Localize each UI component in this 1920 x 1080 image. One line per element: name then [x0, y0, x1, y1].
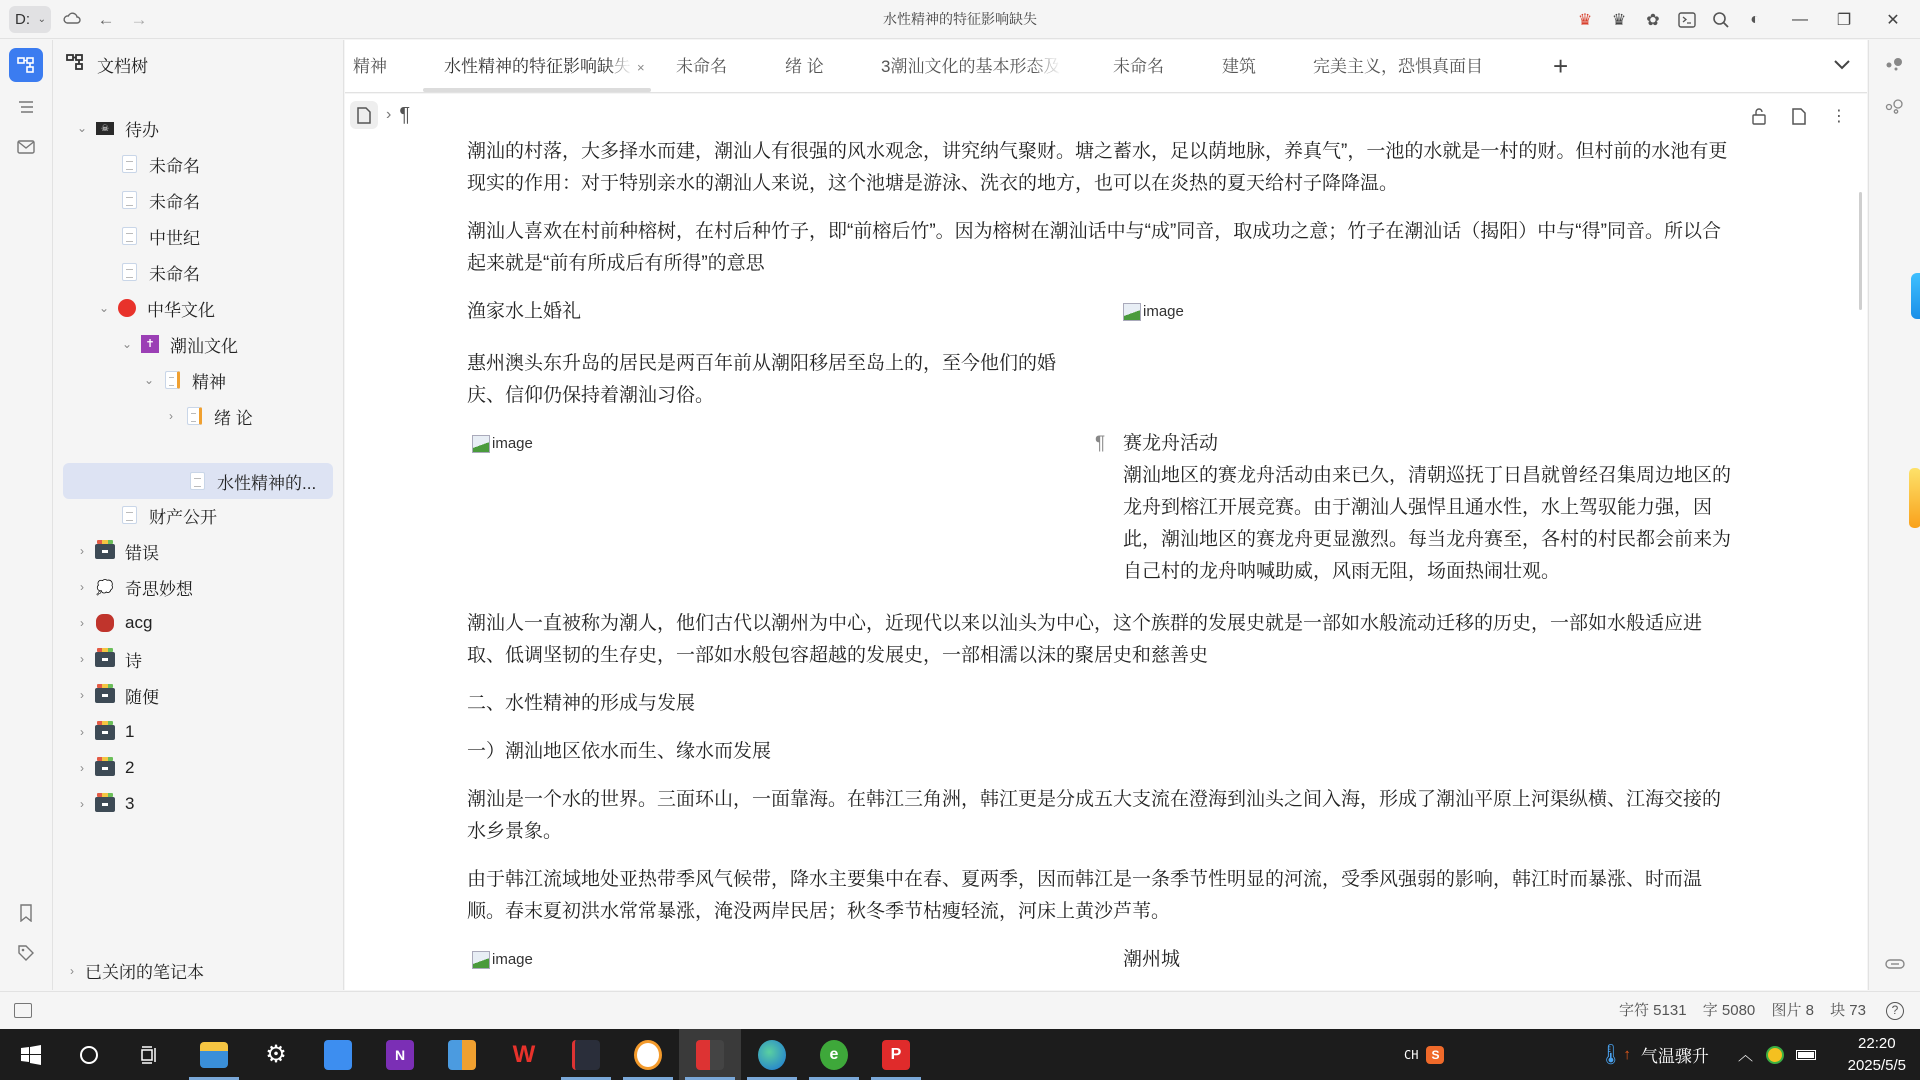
tree-item-doc-selected[interactable]: 水性精神的... [63, 463, 333, 499]
editor-scrollbar[interactable] [1859, 192, 1862, 310]
terminal-icon[interactable] [1670, 0, 1704, 39]
floating-widget-yellow[interactable] [1909, 468, 1920, 528]
file-explorer-icon[interactable] [183, 1029, 245, 1080]
ime-label: CH [1404, 1048, 1418, 1062]
image-alt-text: image [492, 428, 533, 460]
tree-item-notebook[interactable]: › 1 [63, 715, 333, 749]
app-mascot-icon[interactable] [617, 1029, 679, 1080]
tree-item-doc[interactable]: ⌄ ✝ 潮汕文化 [63, 327, 333, 361]
tree-item-label: 未命名 [149, 188, 200, 213]
card-file-box-icon [95, 758, 115, 778]
start-button[interactable] [0, 1029, 62, 1080]
tree-item-notebook[interactable]: › 💭 奇思妙想 [63, 570, 333, 604]
tree-item-label: 水性精神的... [217, 469, 316, 494]
tab-label: 3潮汕文化的基本形态及 [881, 40, 1060, 93]
tree-item-label: 诗 [125, 647, 142, 672]
crown-red-icon[interactable]: ♛ [1568, 0, 1602, 39]
weather-text: 气温骤升 [1641, 1042, 1709, 1067]
tab-label: 未命名 [1113, 57, 1164, 76]
inbox-icon[interactable] [9, 130, 43, 164]
tree-item-label: 随便 [125, 683, 159, 708]
document-icon [187, 471, 207, 491]
document-icon [119, 190, 139, 210]
editor: › ¶ ⋮ 潮汕的村落，大多择水而建，潮汕人有很强的风水观念，讲究纳气聚财。塘之… [345, 94, 1867, 990]
word-count: 字 5080 [1703, 1002, 1756, 1019]
help-icon[interactable]: ? [1886, 1002, 1904, 1020]
tree-item-doc[interactable]: ⌄ 中华文化 [63, 291, 333, 325]
file-tree-icon [66, 53, 88, 76]
add-tab-button[interactable]: + [1553, 40, 1568, 93]
chevron-right-icon[interactable]: › [63, 964, 81, 978]
heading-chaozhou-city[interactable]: 潮州城 [1123, 944, 1733, 976]
image-alt-text: image [1143, 296, 1184, 328]
card-file-box-icon [95, 685, 115, 705]
battery-icon[interactable] [1796, 1029, 1816, 1080]
netease-music-icon[interactable] [555, 1029, 617, 1080]
editor-toolbar: ⋮ [1739, 102, 1859, 130]
broken-image-icon [472, 435, 490, 453]
chevron-right-icon[interactable]: › [73, 580, 91, 594]
tree-item-label: 潮汕文化 [170, 332, 238, 357]
close-button[interactable]: ✕ [1866, 0, 1920, 39]
tab-spirit[interactable]: 精神 [353, 40, 387, 93]
pdf-reader-icon[interactable]: P [865, 1029, 927, 1080]
onenote-icon[interactable]: N [369, 1029, 431, 1080]
tree-item-notebook[interactable]: › 随便 [63, 678, 333, 712]
paragraph[interactable]: 潮汕人喜欢在村前种榕树，在村后种竹子，即“前榕后竹”。因为榕树在潮汕话中与“成”… [467, 216, 1735, 280]
tree-item-notebook[interactable]: › acg [63, 606, 333, 640]
card-file-box-icon [95, 541, 115, 561]
tree-item-doc[interactable]: 中世纪 [63, 219, 333, 253]
tray-app-icon[interactable] [1766, 1029, 1784, 1080]
closed-notebooks-label: 已关闭的笔记本 [85, 958, 204, 983]
chevron-right-icon[interactable]: › [73, 652, 91, 666]
minimize-button[interactable]: — [1778, 0, 1822, 39]
tab-perfectionism[interactable]: 完美主义，恐惧真面目 [1313, 40, 1483, 93]
tree-item-label: 精神 [192, 368, 226, 393]
thought-bubble-icon: 💭 [95, 577, 115, 597]
unlock-icon[interactable] [1739, 102, 1779, 130]
more-vertical-icon[interactable]: ⋮ [1819, 102, 1859, 130]
tray-overflow-icon[interactable]: ︿ [1738, 1029, 1753, 1080]
settings-icon[interactable]: ⚙ [245, 1029, 307, 1080]
global-graph-icon[interactable] [1883, 94, 1907, 118]
tree-item-notebook[interactable]: › 3 [63, 787, 333, 821]
plugin-icon[interactable]: ✿ [1636, 0, 1670, 39]
taskbar: ⚙ N W e P CHS 🌡↑气温骤升 ︿ 22:20 2025/5/5 [0, 1029, 1920, 1080]
file-tree-icon[interactable] [9, 48, 43, 82]
tab-label: 完美主义，恐惧真面目 [1313, 57, 1483, 76]
paragraph-icon[interactable]: ¶ [399, 104, 410, 127]
tree-item-doc[interactable]: 未命名 [63, 183, 333, 217]
tab-untitled[interactable]: 未命名 [1113, 40, 1164, 93]
rising-arrow-icon: ↑ [1623, 1046, 1631, 1063]
clock-date: 2025/5/5 [1848, 1055, 1906, 1077]
edge-browser-icon[interactable] [741, 1029, 803, 1080]
back-arrow-icon[interactable]: ← [94, 8, 118, 32]
chevron-right-icon[interactable]: › [73, 797, 91, 811]
feishu-icon[interactable] [307, 1029, 369, 1080]
chevron-down-icon[interactable]: ⌄ [140, 373, 158, 387]
tree-item-label: 中世纪 [149, 224, 200, 249]
heading-h2[interactable]: 二、水性精神的形成与发展 [467, 688, 1735, 720]
document-icon [119, 154, 139, 174]
card-file-box-icon [95, 794, 115, 814]
paragraph[interactable]: 由于韩江流域地处亚热带季风气候带，降水主要集中在春、夏两季，因而韩江是一条季节性… [467, 864, 1735, 928]
ogre-icon [95, 613, 115, 633]
forward-arrow-icon[interactable]: → [127, 8, 151, 32]
index-document-icon [162, 370, 182, 390]
tab-bar: 精神 水性精神的特征影响缺失× 未命名 绪 论 3潮汕文化的基本形态及 未命名 … [345, 40, 1867, 93]
document-icon[interactable] [350, 101, 378, 129]
char-count: 字符 5131 [1619, 1002, 1687, 1019]
tab-label: 精神 [353, 57, 387, 76]
breadcrumb: › ¶ [350, 99, 410, 131]
image-placeholder[interactable]: image [1123, 296, 1733, 328]
tree-item-notebook[interactable]: › 2 [63, 751, 333, 785]
ime-indicator[interactable]: CHS [1404, 1029, 1444, 1080]
siyuan-app-icon[interactable] [679, 1029, 741, 1080]
document-icon [119, 262, 139, 282]
pirate-flag-icon: ☠ [95, 118, 115, 138]
chevron-down-icon: ⌄ [38, 6, 46, 33]
left-dock [0, 40, 53, 990]
tab-architecture[interactable]: 建筑 [1222, 40, 1256, 93]
tree-item-label: 中华文化 [147, 296, 215, 321]
paragraph[interactable]: 惠州澳头东升岛的居民是两百年前从潮阳移居至岛上的，至今他们的婚庆、信仰仍保持着潮… [467, 348, 1087, 412]
tab-label: 绪 论 [785, 57, 824, 76]
outline-icon[interactable] [9, 90, 43, 124]
tree-item-doc[interactable]: 未命名 [63, 147, 333, 181]
chevron-down-icon[interactable]: ⌄ [95, 301, 113, 315]
graph-view-icon[interactable] [1883, 52, 1907, 76]
tree-item-notebook[interactable]: › 错误 [63, 534, 333, 568]
card-file-box-icon [95, 649, 115, 669]
tab-label: 未命名 [676, 57, 727, 76]
closed-notebooks[interactable]: › 已关闭的笔记本 [63, 958, 204, 983]
system-clock[interactable]: 22:20 2025/5/5 [1848, 1033, 1906, 1077]
chevron-right-icon[interactable]: › [73, 688, 91, 702]
dock-toggle-icon[interactable] [14, 1003, 32, 1018]
tab-untitled[interactable]: 未命名 [676, 40, 727, 93]
chevron-right-icon[interactable]: › [162, 409, 180, 423]
crown-icon[interactable]: ♛ [1602, 0, 1636, 39]
status-bar: 字符 5131 字 5080 图片 8 块 73 ? [0, 991, 1920, 1029]
weather-widget[interactable]: 🌡↑气温骤升 [1598, 1029, 1709, 1080]
paragraph[interactable]: 潮汕的村落，大多择水而建，潮汕人有很强的风水观念，讲究纳气聚财。塘之蓄水，足以荫… [467, 136, 1735, 200]
chevron-right-icon[interactable]: › [73, 544, 91, 558]
tree-item-label: 未命名 [149, 260, 200, 285]
doc-tree-title: 文档树 [97, 52, 148, 77]
tab-chaoshan-culture[interactable]: 3潮汕文化的基本形态及 [881, 40, 1060, 93]
tree-item-label: 绪 论 [214, 404, 253, 429]
red-circle-icon [117, 298, 137, 318]
browser-e-icon[interactable]: e [803, 1029, 865, 1080]
image-placeholder[interactable]: image [472, 944, 1092, 976]
heading-text: 赛龙舟活动 [1123, 433, 1218, 454]
paragraph[interactable]: 潮汕是一个水的世界。三面环山，一面靠海。在韩江三角洲，韩江更是分成五大支流在澄海… [467, 784, 1735, 848]
tree-item-label: 1 [125, 722, 134, 742]
status-counts: 字符 5131 字 5080 图片 8 块 73 [1607, 992, 1866, 1030]
tab-list-chevron-icon[interactable] [1833, 40, 1851, 93]
tree-item-doc[interactable]: 未命名 [63, 255, 333, 289]
tree-item-label: 财产公开 [149, 503, 217, 528]
tree-item-doc[interactable]: › 绪 论 [63, 399, 333, 433]
tree-item-label: acg [125, 613, 152, 633]
maximize-button[interactable]: ❐ [1822, 0, 1866, 39]
doc-tree-panel: 文档树 ⌄ ☠ 待办 未命名 未命名 中世纪 未命名 ⌄ 中华文化 ⌄ ✝ 潮汕… [54, 40, 344, 990]
broken-image-icon [472, 951, 490, 969]
workspace-switcher[interactable]: D:⌄ [9, 6, 51, 33]
task-view-icon[interactable] [118, 1029, 180, 1080]
image-count: 图片 8 [1771, 1002, 1814, 1019]
heading-wedding[interactable]: 渔家水上婚礼 [467, 296, 1087, 328]
document-icon[interactable] [1779, 102, 1819, 130]
tab-close-icon[interactable]: × [637, 60, 645, 75]
thermometer-icon: 🌡 [1598, 1042, 1623, 1067]
title-toolbar: ♛ ♛ ✿ ◐ — ❐ ✕ [1568, 0, 1920, 39]
chevron-down-icon[interactable]: ⌄ [73, 121, 91, 135]
tree-item-notebook[interactable]: › 诗 [63, 642, 333, 676]
clock-time: 22:20 [1848, 1033, 1906, 1055]
paragraph-marker-icon[interactable]: ¶ [1095, 428, 1105, 460]
archive-icon[interactable] [431, 1029, 493, 1080]
tab-label: 建筑 [1222, 57, 1256, 76]
tree-item-doc[interactable]: 财产公开 [63, 498, 333, 532]
purple-box-icon: ✝ [140, 334, 160, 354]
document-icon [119, 226, 139, 246]
tree-item-label: 2 [125, 758, 134, 778]
workspace-label: D: [15, 11, 30, 28]
chevron-right-icon[interactable]: › [73, 725, 91, 739]
image-alt-text: image [492, 944, 533, 976]
tree-item-doc[interactable]: ⌄ 精神 [63, 363, 333, 397]
chevron-right-icon[interactable]: › [73, 616, 91, 630]
tab-label: 水性精神的特征影响缺失 [444, 40, 631, 93]
tag-icon[interactable] [9, 936, 43, 970]
sogou-ime-icon[interactable]: S [1426, 1046, 1444, 1064]
cloud-icon[interactable] [60, 8, 84, 32]
heading-h3[interactable]: 一）潮汕地区依水而生、缘水而发展 [467, 736, 1735, 768]
theme-icon[interactable]: ◐ [1738, 0, 1772, 39]
bookmark-icon[interactable] [9, 896, 43, 930]
right-dock [1868, 40, 1920, 990]
chevron-down-icon[interactable]: ⌄ [118, 337, 136, 351]
card-file-box-icon [95, 722, 115, 742]
search-icon[interactable] [1704, 0, 1738, 39]
chevron-right-icon: › [386, 106, 391, 124]
tab-introduction[interactable]: 绪 论 [785, 40, 824, 93]
link-icon[interactable] [1883, 952, 1907, 976]
chevron-right-icon[interactable]: › [73, 761, 91, 775]
broken-image-icon [1123, 303, 1141, 321]
active-tab-indicator [423, 88, 651, 92]
tree-item-label: 待办 [125, 116, 159, 141]
image-placeholder[interactable]: image [472, 428, 1092, 460]
block-count: 块 73 [1830, 1002, 1866, 1019]
document-icon [119, 505, 139, 525]
cortana-icon[interactable] [58, 1029, 120, 1080]
wps-icon[interactable]: W [493, 1029, 555, 1080]
tree-item-label: 奇思妙想 [125, 575, 193, 600]
tree-item-notebook[interactable]: ⌄ ☠ 待办 [63, 111, 333, 145]
heading-dragon-boat[interactable]: ¶赛龙舟活动 [1123, 428, 1733, 460]
tree-item-label: 错误 [125, 539, 159, 564]
paragraph[interactable]: 潮汕人一直被称为潮人，他们古代以潮州为中心，近现代以来以汕头为中心，这个族群的发… [467, 608, 1735, 672]
doc-tree-header: 文档树 [66, 52, 148, 76]
tab-active-doc[interactable]: 水性精神的特征影响缺失× [444, 40, 645, 93]
tree-item-label: 未命名 [149, 152, 200, 177]
title-bar: D:⌄ ← → 水性精神的特征影响缺失 ♛ ♛ ✿ ◐ — ❐ ✕ [0, 0, 1920, 39]
tree-item-label: 3 [125, 794, 134, 814]
paragraph[interactable]: 潮汕地区的赛龙舟活动由来已久，清朝巡抚丁日昌就曾经召集周边地区的龙舟到榕江开展竞… [1123, 460, 1733, 588]
floating-widget-blue[interactable] [1911, 273, 1920, 319]
index-document-icon [184, 406, 204, 426]
